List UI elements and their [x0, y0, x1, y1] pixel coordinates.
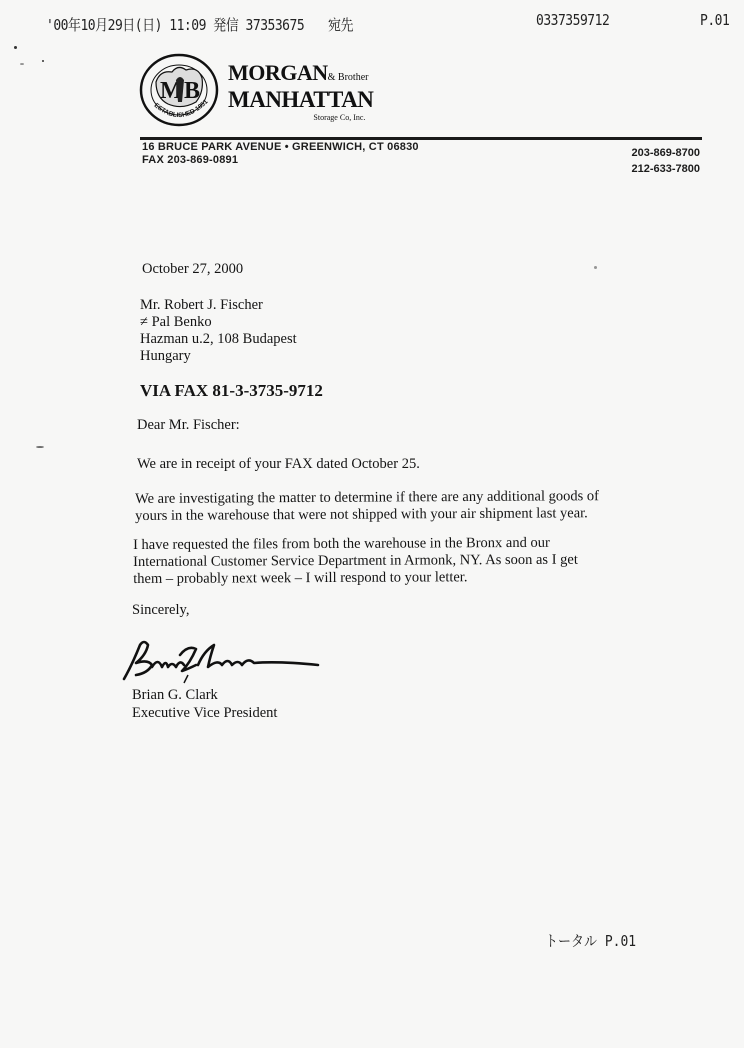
fax-total-pages: トータル P.01: [545, 929, 636, 951]
via-fax-line: VIA FAX 81-3-3735-9712: [140, 381, 323, 401]
company-seal-logo: M B ESTABLISHED 1851: [138, 52, 220, 128]
company-phone-1: 203-869-8700: [631, 145, 700, 161]
recipient-line: Hazman u.2, 108 Budapest: [140, 331, 297, 348]
letter-date: October 27, 2000: [142, 261, 243, 278]
scan-speck: [594, 266, 597, 269]
scan-speck: [14, 46, 17, 49]
signer-name: Brian G. Clark: [132, 687, 218, 704]
company-fax: FAX 203-869-0891: [142, 154, 419, 167]
svg-text:B: B: [184, 78, 200, 104]
company-address: 16 BRUCE PARK AVENUE • GREENWICH, CT 068…: [142, 141, 419, 154]
paragraph-3: I have requested the files from both the…: [133, 535, 578, 588]
company-name-morgan: MORGAN: [228, 60, 328, 85]
recipient-line: Mr. Robert J. Fischer: [140, 297, 263, 314]
closing: Sincerely,: [132, 602, 189, 619]
paragraph-line: We are in receipt of your FAX dated Octo…: [137, 456, 420, 473]
recipient-line: Hungary: [140, 348, 191, 365]
company-name-connector: & Brother: [328, 72, 369, 83]
scan-speck: [42, 60, 44, 62]
scan-speck: [36, 446, 44, 448]
fax-transmission-header: '00年10月29日(日) 11:09 発信 37353675 宛先 03373…: [0, 13, 744, 36]
paragraph-1: We are in receipt of your FAX dated Octo…: [137, 456, 420, 473]
company-name: MORGAN& Brother MANHATTAN Storage Co, In…: [228, 62, 373, 122]
paragraph-line: International Customer Service Departmen…: [133, 552, 578, 571]
fax-destination-label: 宛先: [328, 13, 353, 35]
fax-sent-datetime: '00年10月29日(日) 11:09 発信 37353675: [46, 13, 304, 35]
paragraph-2: We are investigating the matter to deter…: [135, 488, 599, 525]
handwritten-signature: [118, 635, 328, 685]
letterhead-rule: [140, 137, 702, 140]
company-phone-2: 212-633-7800: [631, 161, 700, 177]
paragraph-line: yours in the warehouse that were not shi…: [135, 505, 599, 525]
company-phones: 203-869-8700 212-633-7800: [631, 145, 700, 177]
company-address-block: 16 BRUCE PARK AVENUE • GREENWICH, CT 068…: [142, 141, 419, 167]
recipient-line: ≠ Pal Benko: [140, 314, 212, 331]
fax-destination-number: 0337359712: [536, 13, 609, 30]
company-name-manhattan: MANHATTAN: [228, 89, 373, 111]
fax-page-number: P.01: [700, 13, 729, 30]
paragraph-line: them – probably next week – I will respo…: [133, 569, 578, 588]
salutation: Dear Mr. Fischer:: [137, 417, 240, 434]
signer-title: Executive Vice President: [132, 705, 277, 722]
company-name-storage: Storage Co, Inc.: [228, 113, 365, 122]
scan-speck: [20, 63, 24, 65]
